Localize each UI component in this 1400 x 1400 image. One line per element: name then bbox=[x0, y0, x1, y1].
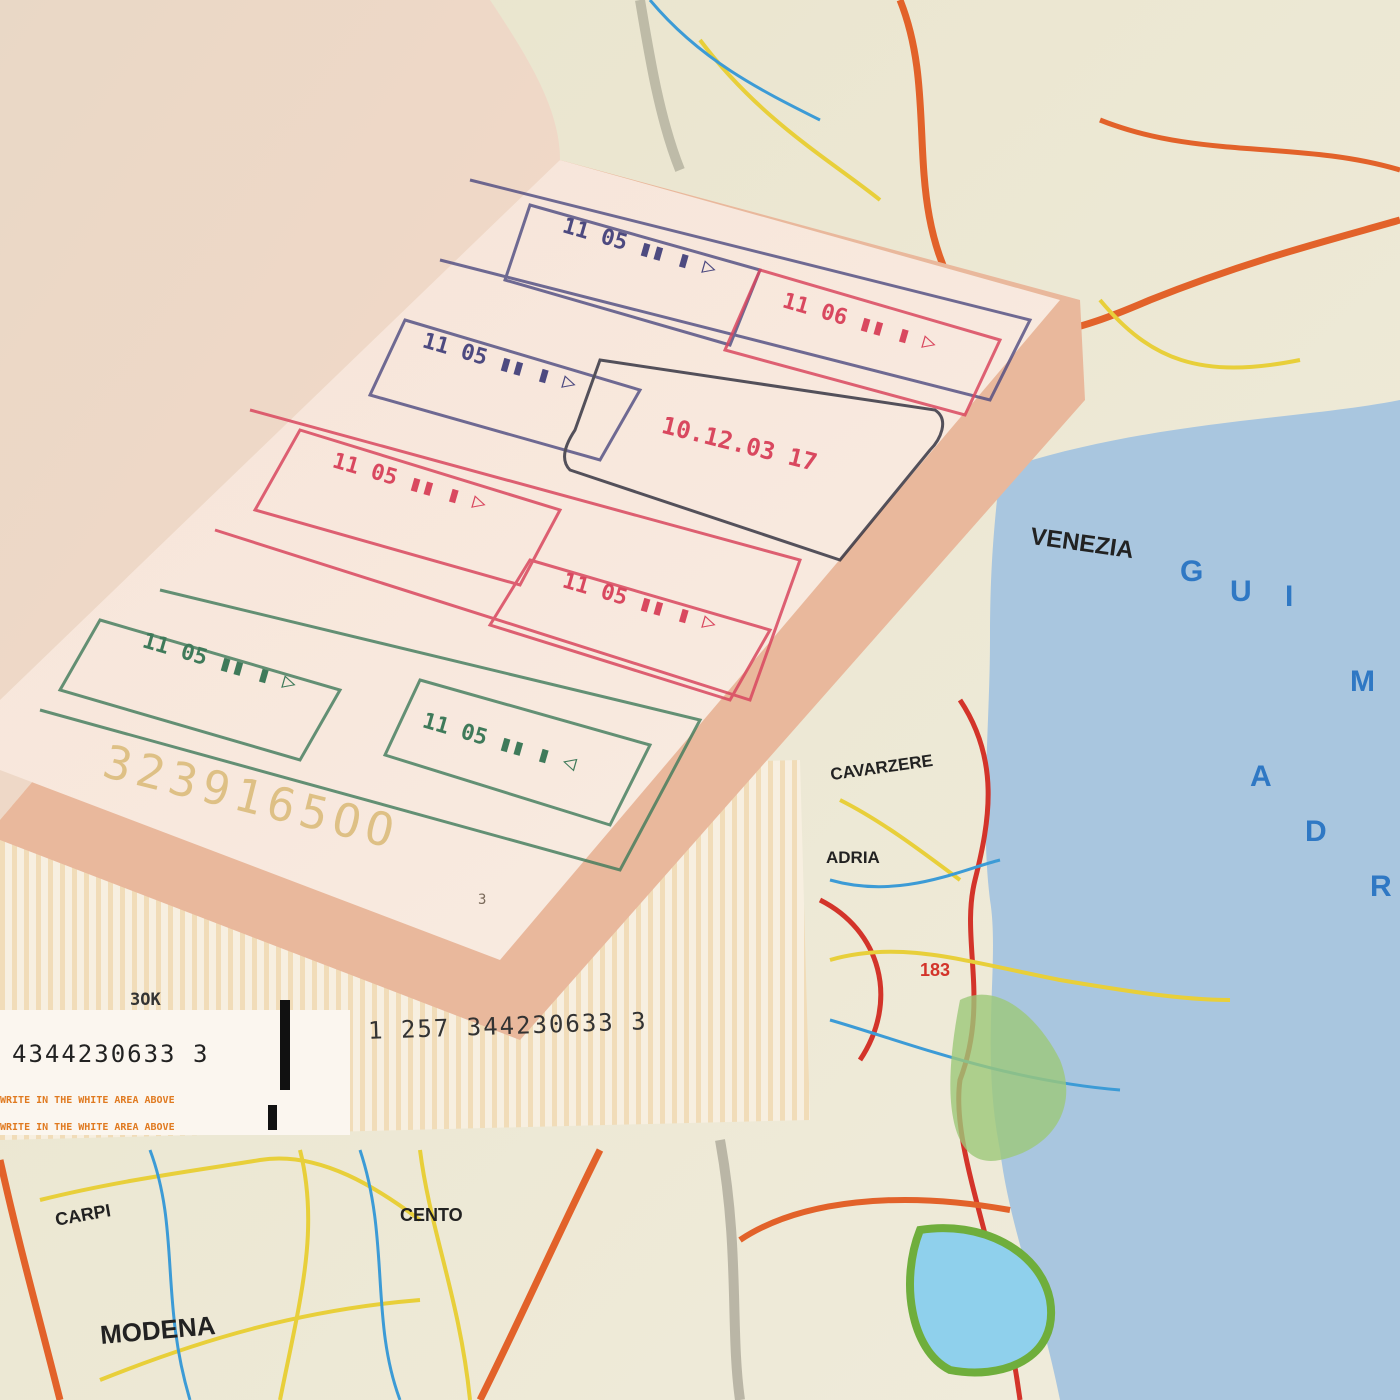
ticket-number-left: 4344230633 3 bbox=[12, 1040, 209, 1068]
sea-label-letter: A bbox=[1250, 760, 1278, 794]
travel-photo: VENEZIA CAVARZERE ADRIA CARPI CENTO MODE… bbox=[0, 0, 1400, 1400]
passport-page-number: 3 bbox=[478, 892, 486, 908]
sea-label-letter: D bbox=[1305, 815, 1333, 849]
road-number: 183 bbox=[920, 960, 950, 981]
ticket-fare: 3OK bbox=[130, 990, 161, 1010]
sea-label-letter: U bbox=[1230, 575, 1258, 609]
sea-label-letter: M bbox=[1350, 665, 1381, 699]
ticket-fine-print: WRITE IN THE WHITE AREA ABOVE bbox=[0, 1122, 175, 1133]
map-label-adria: ADRIA bbox=[826, 848, 880, 868]
photo-canvas bbox=[0, 0, 1400, 1400]
sea-label-letter: R bbox=[1370, 870, 1398, 904]
sea-label-letter: I bbox=[1285, 580, 1299, 614]
map-label-cento: CENTO bbox=[400, 1205, 463, 1226]
ticket-fine-print: WRITE IN THE WHITE AREA ABOVE bbox=[0, 1095, 175, 1106]
sea-label-letter: G bbox=[1180, 555, 1209, 589]
